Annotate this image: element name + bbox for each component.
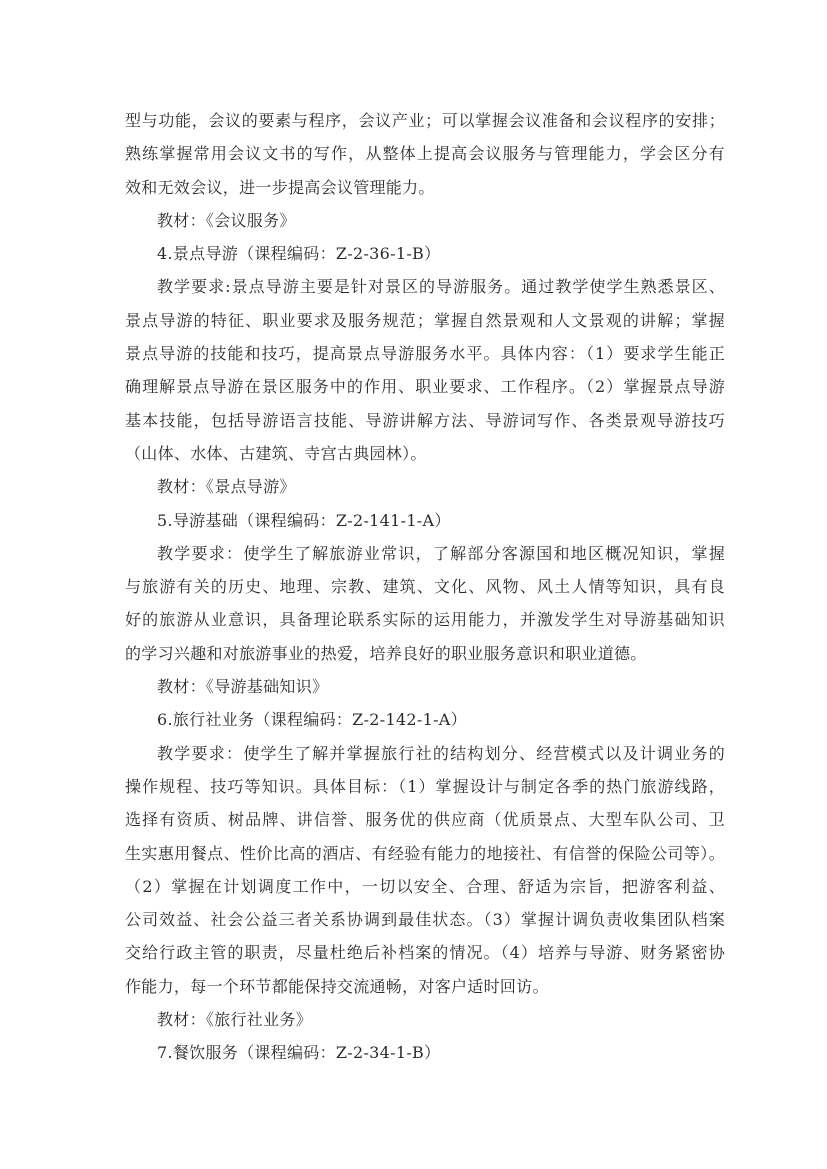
document-line: 基本技能，包括导游语言技能、导游讲解方法、导游词写作、各类景观导游技巧	[125, 404, 725, 437]
document-line: 好的旅游从业意识，具备理论联系实际的运用能力，并激发学生对导游基础知识	[125, 603, 725, 636]
document-line: 教学要求:景点导游主要是针对景区的导游服务。通过教学使学生熟悉景区、	[125, 270, 725, 303]
document-line: 交给行政主管的职责，尽量杜绝后补档案的情况。（4）培养与导游、财务紧密协	[125, 936, 725, 969]
document-line: 作能力，每一个环节都能保持交流通畅，对客户适时回访。	[125, 970, 725, 1003]
textbook-line: 教材：《导游基础知识》	[125, 670, 725, 703]
course-heading-daoyou-jichu: 5.导游基础（课程编码：Z-2-141-1-A）	[125, 504, 725, 537]
document-line: 效和无效会议，进一步提高会议管理能力。	[125, 171, 725, 204]
textbook-line: 教材：《景点导游》	[125, 470, 725, 503]
document-line: 教学要求：使学生了解并掌握旅行社的结构划分、经营模式以及计调业务的	[125, 737, 725, 770]
document-line: 选择有资质、树品牌、讲信誉、服务优的供应商（优质景点、大型车队公司、卫	[125, 803, 725, 836]
document-line: 与旅游有关的历史、地理、宗教、建筑、文化、风物、风土人情等知识，具有良	[125, 570, 725, 603]
course-heading-lvxingshe-yewu: 6.旅行社业务（课程编码：Z-2-142-1-A）	[125, 703, 725, 736]
document-line: 公司效益、社会公益三者关系协调到最佳状态。（3）掌握计调负责收集团队档案	[125, 903, 725, 936]
document-line: 熟练掌握常用会议文书的写作，从整体上提高会议服务与管理能力，学会区分有	[125, 137, 725, 170]
document-line: 景点导游的技能和技巧，提高景点导游服务水平。具体内容：（1）要求学生能正	[125, 337, 725, 370]
course-heading-canyin-fuwu: 7.餐饮服务（课程编码：Z-2-34-1-B）	[125, 1036, 725, 1069]
document-line: 操作规程、技巧等知识。具体目标：（1）掌握设计与制定各季的热门旅游线路，	[125, 770, 725, 803]
document-line: （2）掌握在计划调度工作中，一切以安全、合理、舒适为宗旨，把游客利益、	[125, 870, 725, 903]
textbook-line: 教材：《会议服务》	[125, 204, 725, 237]
textbook-line: 教材：《旅行社业务》	[125, 1003, 725, 1036]
document-page: 型与功能，会议的要素与程序，会议产业；可以掌握会议准备和会议程序的安排； 熟练掌…	[0, 0, 827, 1169]
document-line: （山体、水体、古建筑、寺宫古典园林）。	[125, 437, 725, 470]
document-line: 生实惠用餐点、性价比高的酒店、有经验有能力的地接社、有信誉的保险公司等）。	[125, 837, 725, 870]
document-line: 的学习兴趣和对旅游事业的热爱，培养良好的职业服务意识和职业道德。	[125, 637, 725, 670]
document-line: 型与功能，会议的要素与程序，会议产业；可以掌握会议准备和会议程序的安排；	[125, 104, 725, 137]
course-heading-jingdian-daoyou: 4.景点导游（课程编码：Z-2-36-1-B）	[125, 237, 725, 270]
document-line: 确理解景点导游在景区服务中的作用、职业要求、工作程序。（2）掌握景点导游	[125, 370, 725, 403]
document-line: 教学要求：使学生了解旅游业常识，了解部分客源国和地区概况知识，掌握	[125, 537, 725, 570]
document-line: 景点导游的特征、职业要求及服务规范；掌握自然景观和人文景观的讲解；掌握	[125, 304, 725, 337]
